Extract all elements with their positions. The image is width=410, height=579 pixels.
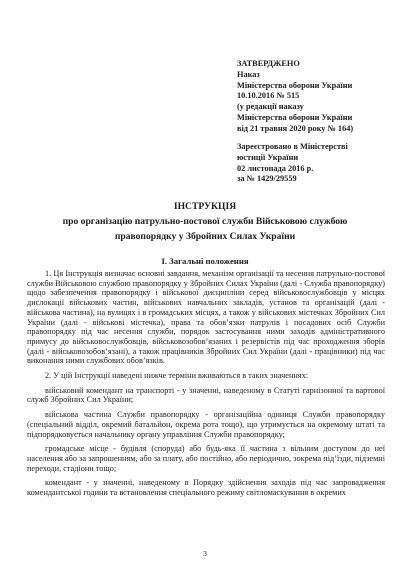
approval-stamp: ЗАТВЕРДЖЕНО Наказ Міністерства оборони У… (237, 59, 353, 135)
approval-line: (у редакції наказу (237, 102, 353, 113)
paragraph: військовий комендант на транспорті - у з… (27, 386, 385, 405)
approval-line: ЗАТВЕРДЖЕНО (237, 59, 353, 70)
document-page: ЗАТВЕРДЖЕНО Наказ Міністерства оборони У… (0, 0, 410, 579)
document-body: 1. Ця Інструкція визначає основні завдан… (27, 269, 385, 503)
paragraph: громадське місце - будівля (споруда) або… (27, 444, 385, 473)
document-title-subtitle: про організацію патрульно-постової служб… (46, 214, 364, 244)
paragraph: комендант - у значенні, наведеному в Пор… (27, 478, 385, 497)
approval-line: Міністерства оборони України (237, 113, 353, 124)
registration-line: 02 листопада 2016 р. (237, 164, 348, 175)
paragraph: військова частина Служби правопорядку - … (27, 410, 385, 439)
page-number: 3 (0, 549, 410, 558)
registration-stamp: Зареєстровано в Міністерстві юстиції Укр… (237, 142, 348, 185)
approval-line: Міністерства оборони України (237, 81, 353, 92)
document-title-heading: ІНСТРУКЦІЯ (0, 199, 410, 214)
paragraph: 2. У цій Інструкції наведені нижче термі… (27, 371, 385, 381)
registration-line: Зареєстровано в Міністерстві (237, 142, 348, 153)
approval-line: від 21 травня 2020 року № 164) (237, 124, 353, 135)
approval-line: Наказ (237, 70, 353, 81)
approval-line: 10.10.2016 № 515 (237, 91, 353, 102)
paragraph: 1. Ця Інструкція визначає основні завдан… (27, 269, 385, 366)
document-title: ІНСТРУКЦІЯ про організацію патрульно-пос… (0, 199, 410, 245)
registration-line: юстиції України (237, 153, 348, 164)
section-heading: І. Загальні положення (0, 256, 410, 266)
registration-line: за № 1429/29559 (237, 174, 348, 185)
